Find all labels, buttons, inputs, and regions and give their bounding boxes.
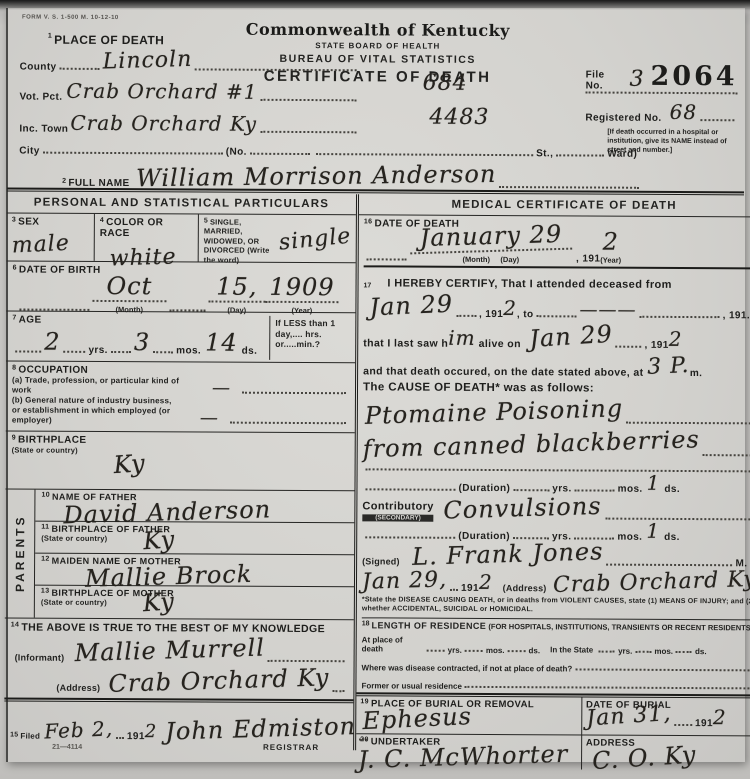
certify-year1-printed: , 191 — [479, 309, 503, 320]
dotted-line — [465, 686, 750, 690]
dod-day-caption: (Day) — [500, 255, 519, 264]
attestation-label: THE ABOVE IS TRUE TO THE BEST OF MY KNOW… — [21, 622, 325, 636]
dotted-line — [513, 489, 549, 491]
informant-address-label: (Address) — [10, 682, 100, 694]
certify-line3-mid: alive on — [479, 338, 521, 350]
birthplace-row: 9BIRTHPLACE (State or country) Ky — [5, 431, 354, 491]
mother-name-num: 12 — [41, 556, 50, 563]
informant-value: Mallie Murrell — [74, 633, 265, 667]
burial-year-printed: 191 — [695, 718, 713, 729]
dotted-line — [640, 316, 720, 318]
dotted-line — [605, 518, 750, 521]
medical-section-title: MEDICAL CERTIFICATE OF DEATH — [359, 194, 750, 217]
date-of-death-row: 16DATE OF DEATH January 29 (Month) (Day)… — [364, 215, 750, 269]
certify-lastseen-value: Jan 29 — [528, 320, 613, 353]
dod-year-written: 2 — [603, 228, 619, 256]
occupation-a-value: — — [212, 378, 231, 399]
certify-from-value: Jan 29 — [369, 290, 454, 322]
residence-num: 18 — [362, 620, 370, 627]
form-code: FORM V. S. 1-500 M. 10-12-10 — [22, 15, 119, 22]
certify-year2-printed: , 191...., — [723, 310, 750, 321]
age-num: 7 — [12, 314, 16, 321]
burial-row: 19PLACE OF BURIAL OR REMOVAL Ephesus DAT… — [356, 696, 750, 736]
filed-row: 15Filed Feb 2, 1912 John Edmiston — [4, 701, 353, 743]
certify-to-label: , to — [517, 309, 534, 320]
personal-section-title: PERSONAL AND STATISTICAL PARTICULARS — [7, 192, 356, 215]
father-birthplace-num: 11 — [41, 524, 49, 531]
certify-year3-written: 2 — [669, 327, 683, 351]
certify-line4: and that death occured, on the date stat… — [363, 365, 643, 378]
dotted-line — [674, 724, 692, 726]
vot-pct-code: 684 — [423, 71, 468, 96]
inc-town-code: 4483 — [429, 105, 489, 130]
city-st-label: St., — [536, 148, 553, 159]
certify-time-suffix: m. — [690, 368, 703, 379]
signed-label: (Signed) — [362, 556, 400, 567]
birthplace-label: BIRTHPLACE — [18, 435, 87, 446]
dotted-line — [676, 651, 692, 653]
dotted-line — [537, 315, 577, 317]
occupation-label: OCCUPATION — [18, 365, 88, 376]
certify-line1: I HEREBY CERTIFY, That I attended deceas… — [387, 277, 672, 290]
signed-address-value: Crab Orchard Ky. — [552, 567, 750, 598]
age-ds-caption: ds. — [242, 346, 258, 357]
contributory-duration-days: 1 — [646, 519, 660, 543]
residence-ds2: ds. — [695, 647, 707, 656]
residence-block: 18LENGTH OF RESIDENCE (FOR HOSPITALS, IN… — [361, 618, 750, 692]
marital-num: 5 — [204, 217, 208, 224]
plate-code: 21—4114 — [52, 744, 82, 751]
dotted-line — [615, 346, 641, 348]
personal-statistical-column: PERSONAL AND STATISTICAL PARTICULARS 3SE… — [4, 192, 359, 750]
dotted-line — [499, 186, 639, 189]
dotted-line — [332, 690, 344, 692]
city-ward-label: Ward) — [607, 149, 637, 160]
signed-year-written: 2 — [479, 570, 493, 594]
dob-year: 1909 — [265, 273, 338, 303]
city-no-label: (No. — [226, 147, 247, 158]
dotted-line — [268, 660, 345, 662]
mother-name-row: 12MAIDEN NAME OF MOTHER Mallie Brock — [35, 554, 354, 588]
mother-birthplace-num: 13 — [41, 588, 50, 595]
dotted-line — [703, 454, 750, 456]
certify-to-value: ——— — [580, 299, 637, 320]
cause-mos-caption: mos. — [618, 484, 643, 495]
dotted-line — [606, 564, 733, 567]
burial-year-written: 2 — [713, 705, 727, 729]
county-label: County — [20, 62, 57, 73]
signed-address-label: (Address) — [503, 583, 547, 594]
registered-no-value: 68 — [670, 100, 698, 124]
vot-pct-value: Crab Orchard #1 — [66, 79, 257, 104]
filed-date-value: Feb 2, — [44, 716, 114, 743]
undertaker-row: 20UNDERTAKER J. C. McWhorter ADDRESS C. … — [356, 734, 750, 770]
scanned-death-certificate: FORM V. S. 1-500 M. 10-12-10 Commonwealt… — [0, 0, 750, 779]
residence-hint: (FOR HOSPITALS, INSTITUTIONS, TRANSIENTS… — [488, 622, 750, 632]
certify-him: im — [448, 326, 476, 350]
residence-contracted-label: Where was disease contracted, if not at … — [362, 663, 573, 673]
contributory-label: Contributory — [362, 500, 433, 512]
mother-birthplace-value: Ky — [142, 587, 176, 617]
dotted-line — [242, 392, 346, 395]
contributory-block: Contributory(SECONDARY) Convulsions (Dur… — [362, 493, 750, 595]
dotted-line — [195, 68, 357, 71]
inc-town-value: Crab Orchard Ky — [70, 111, 257, 136]
parents-block: PARENTS 10NAME OF FATHER David Anderson … — [5, 489, 355, 620]
dod-year-caption: (Year) — [600, 256, 621, 265]
dotted-line — [19, 309, 89, 311]
dotted-line — [153, 351, 173, 353]
father-birthplace-value: Ky — [142, 525, 176, 555]
undertaker-value: J. C. McWhorter — [358, 740, 569, 774]
certify-line3-pre: that I last saw h — [363, 337, 448, 349]
dotted-line — [60, 68, 100, 70]
dotted-line — [365, 536, 455, 538]
burial-place-value: Ephesus — [362, 702, 473, 735]
residence-ds1: ds. — [529, 646, 541, 655]
occupation-row: 8OCCUPATION (a) Trade, profession, or pa… — [6, 361, 355, 433]
informant-label: (Informant) — [11, 652, 65, 664]
full-name-value: William Morrison Anderson — [135, 160, 496, 192]
informant-address-value: Crab Orchard Ky — [108, 663, 330, 698]
certify-year1-written: 2 — [503, 296, 517, 320]
registered-no-label: Registered No. — [585, 112, 661, 123]
residence-yrs2: yrs. — [618, 647, 632, 656]
sex-value: male — [11, 230, 89, 259]
certify-year3-printed: , 191 — [644, 340, 668, 351]
dotted-line — [508, 650, 526, 652]
sex-label: SEX — [18, 217, 39, 228]
residence-mos1: mos. — [486, 646, 505, 655]
dotted-line — [250, 153, 310, 155]
residence-former-label: Former or usual residence — [361, 681, 462, 691]
dotted-line — [365, 488, 455, 490]
father-name-row: 10NAME OF FATHER David Anderson — [35, 490, 354, 524]
city-label: City — [19, 146, 40, 157]
undertaker-num: 20 — [360, 736, 369, 743]
dotted-line — [260, 131, 356, 134]
full-name-num: 2 — [62, 178, 66, 185]
dotted-line — [63, 351, 85, 353]
occupation-num: 8 — [12, 364, 16, 371]
attestation-num: 14 — [11, 621, 20, 628]
cause-value-line1: Ptomaine Poisoning — [365, 394, 624, 430]
signed-year-printed: 191 — [461, 583, 479, 594]
city-row: City (No. St., Ward) — [19, 139, 637, 160]
cause-duration-label: (Duration) — [458, 483, 510, 494]
full-name-row: 2FULL NAME William Morrison Anderson — [62, 159, 642, 192]
dob-month: Oct — [92, 272, 166, 302]
contributory-hint: (SECONDARY) — [362, 514, 433, 521]
dod-num: 16 — [364, 218, 373, 225]
dotted-line — [575, 668, 750, 671]
residence-in-state-label: In the State — [550, 646, 596, 656]
age-yrs-caption: yrs. — [88, 345, 107, 356]
certify-time-value: 3 P. — [647, 353, 690, 380]
dotted-line — [450, 589, 458, 591]
occupation-line-a-label: (a) Trade, profession, or particular kin… — [12, 375, 182, 396]
dotted-line — [261, 99, 357, 102]
dod-captions: (Month) (Day) — [410, 255, 572, 265]
age-label: AGE — [19, 315, 42, 326]
place-of-death-label: PLACE OF DEATH — [54, 33, 164, 48]
race-num: 4 — [100, 217, 104, 224]
contributory-value: Convulsions — [443, 492, 602, 525]
occupation-b-value: — — [200, 407, 219, 428]
place-num: 1 — [48, 33, 52, 40]
cause-label: The CAUSE OF DEATH* was as follows: — [363, 377, 750, 395]
date-of-birth-row: 6DATE OF BIRTH Oct(Month) 15,(Day) 1909(… — [6, 261, 355, 313]
contributory-ds-caption: ds. — [664, 532, 680, 543]
signed-date-value: Jan 29, — [362, 567, 448, 595]
dod-month-day: January 29 — [409, 220, 572, 255]
burial-num: 19 — [360, 698, 369, 705]
undertaker-address-value: C. O. Ky — [591, 740, 697, 775]
inc-town-label: Inc. Town — [19, 124, 68, 135]
burial-date-value: Jan 31, — [585, 701, 672, 731]
father-name-num: 10 — [41, 492, 50, 499]
residence-yrs1: yrs. — [448, 646, 462, 655]
age-row: 7AGE 2 yrs. 3 mos. 14 ds. If LESS than 1… — [6, 311, 355, 363]
sex-race-marital-row: 3SEX male 4COLOR OR RACE white 5(Write t… — [7, 213, 356, 263]
mother-birthplace-row: 13BIRTHPLACE OF MOTHER (State or country… — [35, 586, 354, 620]
dotted-line — [366, 468, 750, 472]
age-years: 2 — [44, 328, 60, 356]
dotted-line — [230, 422, 346, 425]
cause-duration-days: 1 — [647, 471, 661, 495]
parents-vertical-label: PARENTS — [12, 515, 26, 593]
certify-num: 17 — [364, 282, 372, 289]
filed-label: Filed — [20, 732, 40, 741]
birthplace-value: Ky — [113, 449, 147, 479]
residence-label: LENGTH OF RESIDENCE — [372, 620, 487, 631]
age-months: 3 — [134, 328, 150, 356]
contributory-mos-caption: mos. — [617, 532, 642, 543]
dotted-line — [427, 650, 445, 652]
marital-value: single — [278, 224, 353, 256]
dotted-line — [599, 650, 615, 652]
father-birthplace-hint: (State or country) — [41, 534, 348, 545]
dotted-line — [111, 351, 131, 353]
registrar-signature: John Edmiston — [165, 712, 357, 746]
certify-block: 17 I HEREBY CERTIFY, That I attended dec… — [363, 267, 750, 379]
dotted-line — [456, 315, 476, 317]
dotted-line — [635, 651, 651, 653]
place-of-death-block: 1PLACE OF DEATH County Lincoln Vot. Pct.… — [19, 33, 360, 137]
dotted-line — [15, 350, 41, 352]
dotted-line — [700, 119, 734, 121]
birthplace-hint: (State or country) — [12, 445, 349, 456]
certificate-paper: FORM V. S. 1-500 M. 10-12-10 Commonwealt… — [6, 8, 745, 762]
residence-mos2: mos. — [654, 647, 673, 656]
filed-year-written: 2 — [145, 721, 158, 742]
dob-day: 15, — [208, 273, 265, 303]
vot-pct-label: Vot. Pct. — [20, 92, 63, 103]
birthplace-num: 9 — [12, 434, 16, 441]
dod-month-caption: (Month) — [463, 255, 491, 264]
file-no-stamped: 2064 — [650, 61, 737, 92]
dotted-line — [169, 309, 205, 311]
attestation-block: 14THE ABOVE IS TRUE TO THE BEST OF MY KN… — [4, 618, 353, 695]
age-mos-caption: mos. — [176, 345, 201, 356]
father-birthplace-row: 11BIRTHPLACE OF FATHER (State or country… — [35, 522, 354, 556]
dob-num: 6 — [13, 264, 17, 271]
dob-label: DATE OF BIRTH — [19, 265, 101, 276]
file-no-label: File No. — [586, 69, 624, 91]
filed-year-printed: 191 — [127, 731, 145, 742]
cause-of-death-block: The CAUSE OF DEATH* was as follows: Ptom… — [362, 377, 750, 495]
dotted-line — [465, 650, 483, 652]
race-label: COLOR OR RACE — [100, 217, 164, 239]
medical-certificate-column: MEDICAL CERTIFICATE OF DEATH 16DATE OF D… — [356, 194, 750, 752]
filed-num: 15 — [10, 731, 18, 738]
dotted-line — [626, 422, 750, 425]
age-less-note: If LESS than 1 day,.... hrs. or.....min.… — [269, 316, 351, 360]
cause-ds-caption: ds. — [664, 484, 680, 495]
dotted-line — [556, 154, 604, 156]
cause-value-line2: from canned blackberries — [362, 425, 700, 463]
sex-num: 3 — [12, 216, 16, 223]
county-value: Lincoln — [102, 47, 192, 75]
residence-at-place-label: At place of death — [362, 635, 424, 655]
dotted-line — [43, 152, 223, 155]
age-days: 14 — [205, 328, 238, 356]
physician-signature: L. Frank Jones — [411, 537, 603, 571]
occupation-line-b-label: (b) General nature of industry business,… — [12, 395, 182, 426]
mother-birthplace-hint: (State or country) — [41, 598, 348, 609]
file-no-written: 3 — [629, 67, 644, 92]
dotted-line — [367, 258, 407, 260]
dotted-line — [316, 153, 533, 156]
dotted-line — [116, 737, 124, 739]
dod-year-printed: , 191 — [576, 253, 600, 264]
